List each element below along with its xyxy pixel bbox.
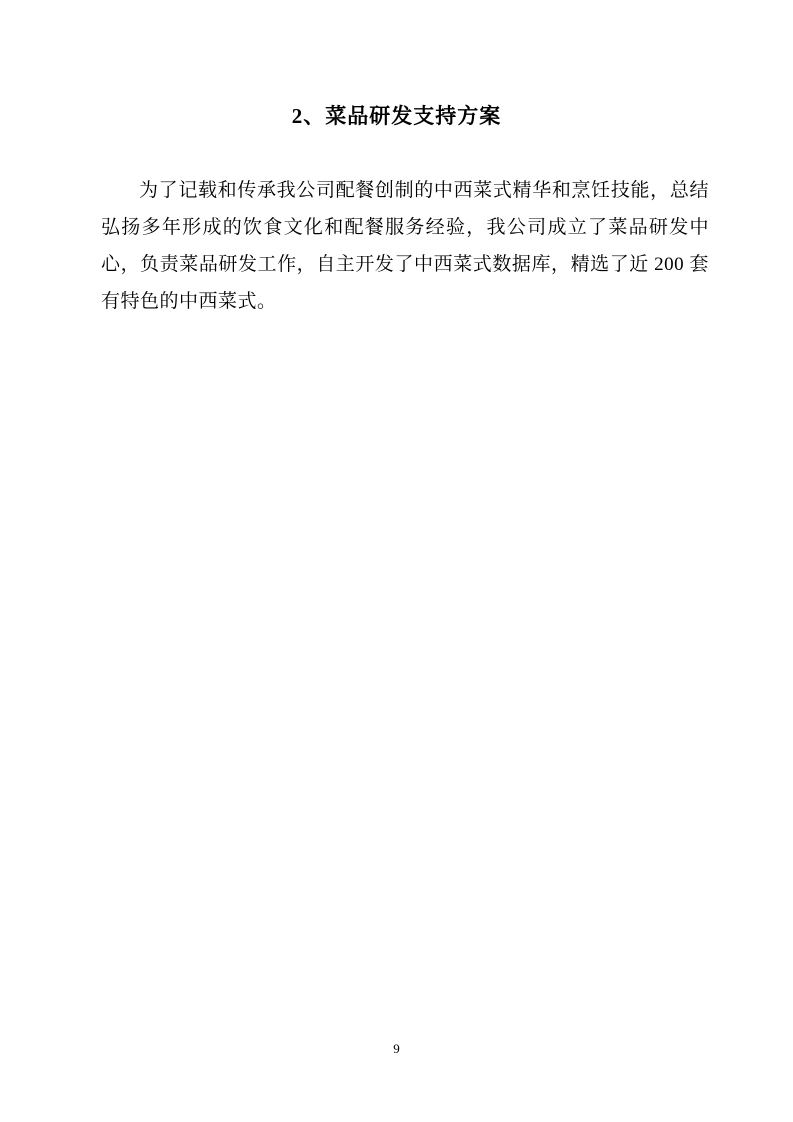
page-footer: 9 [0, 1040, 793, 1058]
document-page: 2、菜品研发支持方案 为了记载和传承我公司配餐创制的中西菜式精华和烹饪技能，总结… [0, 0, 793, 1122]
section-heading: 2、菜品研发支持方案 [0, 0, 793, 129]
body-paragraph: 为了记载和传承我公司配餐创制的中西菜式精华和烹饪技能，总结弘扬多年形成的饮食文化… [101, 172, 709, 320]
page-number: 9 [393, 1041, 400, 1056]
